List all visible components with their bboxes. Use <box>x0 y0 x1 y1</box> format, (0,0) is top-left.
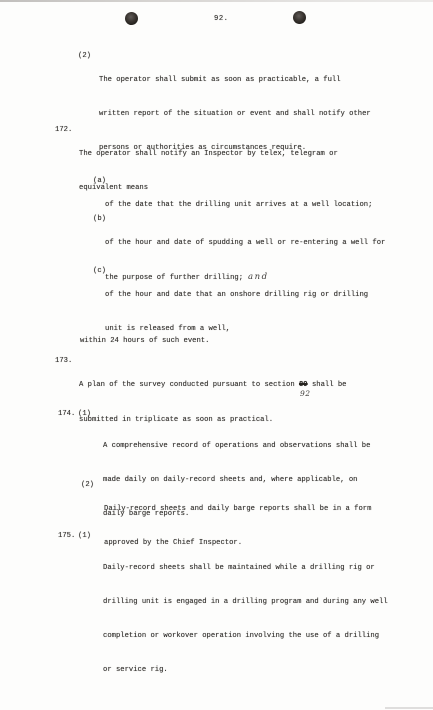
item-marker: (a) <box>93 172 106 190</box>
document-page: 92. (2) The operator shall submit as soo… <box>0 0 433 710</box>
page-number: 92. <box>214 15 228 23</box>
text-line: drilling unit is engaged in a drilling p… <box>103 593 388 611</box>
text-line: of the hour and date of spudding a well … <box>105 234 385 252</box>
text-line: of the hour and date that an onshore dri… <box>105 286 368 304</box>
text-line: Daily-record sheets shall be maintained … <box>103 559 388 577</box>
section-175-1: 175. (1) Daily-record sheets shall be ma… <box>103 527 388 695</box>
item-marker: (2) <box>81 476 94 494</box>
text-line: A plan of the survey conducted pursuant … <box>79 376 346 394</box>
section-number: 174. <box>58 405 75 423</box>
section-number: 172. <box>55 121 72 139</box>
handwritten-correction: 92 <box>300 385 311 403</box>
punch-hole-right <box>293 11 306 24</box>
section-number: 175. <box>58 527 75 545</box>
struck-number-wrap: 8992 <box>299 376 308 394</box>
text-line: Daily-record sheets and daily barge repo… <box>104 500 371 518</box>
text-line: within 24 hours of such event. <box>80 332 209 350</box>
text-line: completion or workover operation involvi… <box>103 627 388 645</box>
text-line: The operator shall notify an Inspector b… <box>79 145 338 163</box>
item-marker: (b) <box>93 210 106 228</box>
punch-hole-left <box>125 12 138 25</box>
text-segment: shall be <box>308 381 347 389</box>
scan-artifact-top-edge <box>0 0 433 2</box>
item-marker: (c) <box>93 262 106 280</box>
scan-artifact-bottom-edge <box>385 707 433 709</box>
section-number: 173. <box>55 352 72 370</box>
text-line: or service rig. <box>103 661 388 679</box>
text-segment: A plan of the survey conducted pursuant … <box>79 381 299 389</box>
item-marker: (1) <box>78 405 91 423</box>
item-marker: (1) <box>78 527 91 545</box>
text-line: The operator shall submit as soon as pra… <box>99 71 371 89</box>
paragraph-marker: (2) <box>78 47 91 65</box>
text-line: A comprehensive record of operations and… <box>103 437 370 455</box>
